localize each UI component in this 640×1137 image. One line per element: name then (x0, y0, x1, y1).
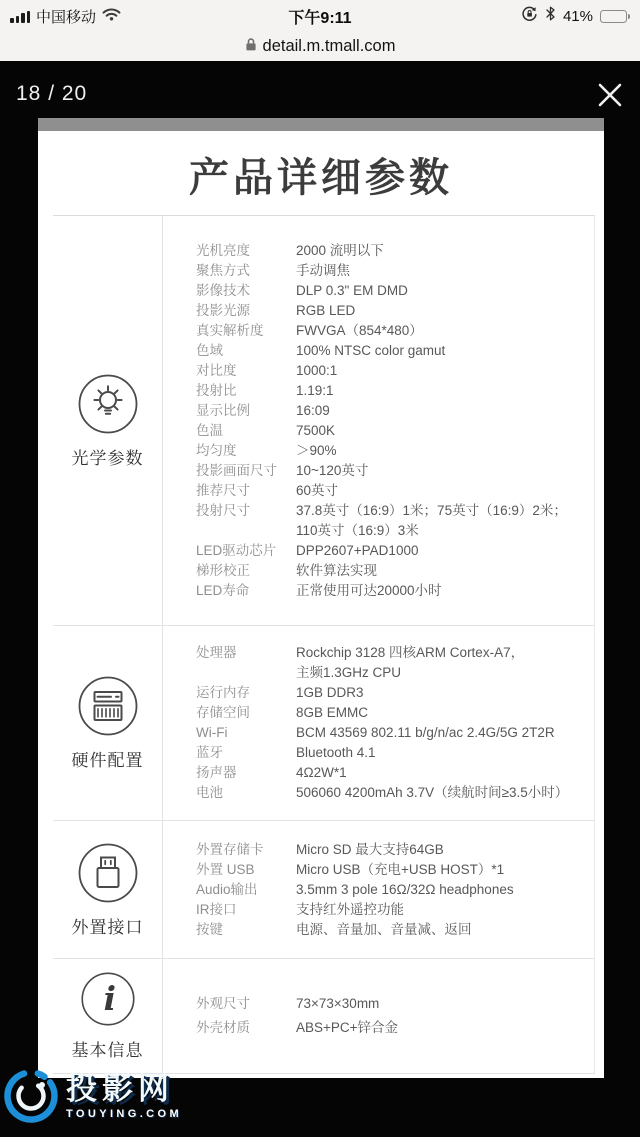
spec-value: 506060 4200mAh 3.7V（续航时间≥3.5小时） (296, 783, 578, 803)
status-bar: 中国移动 下午9:11 (0, 0, 640, 61)
page-title: 产品详细参数 (38, 149, 604, 207)
spec-card: 产品详细参数 光学参数 光机亮度2000 流明以下 聚焦方式手动调焦 影像技术D (38, 118, 604, 1078)
usb-icon (77, 842, 139, 904)
spec-label: Audio输出 (196, 880, 296, 900)
status-right-cluster: 41% (521, 6, 630, 27)
spec-row: 外观尺寸73×73×30mm (196, 992, 594, 1016)
spec-value: Micro USB（充电+USB HOST）*1 (296, 860, 514, 880)
spec-value: Rockchip 3128 四核ARM Cortex-A7， 主频1.3GHz … (296, 643, 534, 683)
status-bar-top-row: 中国移动 下午9:11 (0, 0, 640, 32)
spec-row: 色域100% NTSC color gamut (196, 341, 594, 361)
spec-row: 聚焦方式手动调焦 (196, 261, 594, 281)
watermark-text: 投影网 TOUYING.COM (66, 1073, 182, 1120)
section-optical: 光学参数 光机亮度2000 流明以下 聚焦方式手动调焦 影像技术DLP 0.3"… (53, 216, 594, 626)
spec-row: Audio输出3.5mm 3 pole 16Ω/32Ω headphones (196, 880, 594, 900)
spec-label: 外壳材质 (196, 1016, 296, 1040)
spec-value: Micro SD 最大支持64GB (296, 840, 454, 860)
loading-bar (38, 118, 604, 131)
spec-label: 运行内存 (196, 683, 296, 703)
spec-value: 8GB EMMC (296, 703, 378, 723)
spec-value: 16:09 (296, 401, 340, 421)
spec-table: 光学参数 光机亮度2000 流明以下 聚焦方式手动调焦 影像技术DLP 0.3"… (53, 215, 595, 1074)
spec-label: 处理器 (196, 643, 296, 683)
spec-value: 1GB DDR3 (296, 683, 374, 703)
spec-label: 梯形校正 (196, 561, 296, 581)
spec-row: 投射比1.19:1 (196, 381, 594, 401)
spec-label: 色域 (196, 341, 296, 361)
spec-label: 聚焦方式 (196, 261, 296, 281)
spec-row: 外置 USBMicro USB（充电+USB HOST）*1 (196, 860, 594, 880)
spec-label: 扬声器 (196, 763, 296, 783)
spec-row: 外置存储卡Micro SD 最大支持64GB (196, 840, 594, 860)
spec-row: 投射尺寸37.8英寸（16:9）1米；75英寸（16:9）2米； 110英寸（1… (196, 501, 594, 541)
watermark-name: 投影网 (66, 1073, 182, 1105)
spec-value: 手动调焦 (296, 261, 360, 281)
spec-label: 投射尺寸 (196, 501, 296, 541)
close-button[interactable] (596, 81, 624, 109)
spec-row: LED寿命正常使用可达20000小时 (196, 581, 594, 601)
url-bar[interactable]: detail.m.tmall.com (0, 32, 640, 61)
info-icon: i (80, 971, 136, 1027)
spec-value: Bluetooth 4.1 (296, 743, 386, 763)
section-basic: i 基本信息 外观尺寸73×73×30mm 外壳材质ABS+PC+锌合金 (53, 959, 594, 1074)
spec-value: 支持红外遥控功能 (296, 900, 414, 920)
section-ports-header: 外置接口 (53, 821, 163, 958)
spec-value: FWVGA（854*480） (296, 321, 433, 341)
url-text: detail.m.tmall.com (263, 37, 396, 56)
spec-row: 投影光源RGB LED (196, 301, 594, 321)
chip-icon (77, 675, 139, 737)
spec-row: 显示比例16:09 (196, 401, 594, 421)
spec-row: IR接口支持红外遥控功能 (196, 900, 594, 920)
spec-value: 37.8英寸（16:9）1米；75英寸（16:9）2米； 110英寸（16:9）… (296, 501, 577, 541)
spec-label: 均匀度 (196, 441, 296, 461)
lock-icon (245, 37, 257, 57)
spec-label: 外置存储卡 (196, 840, 296, 860)
watermark: 投影网 TOUYING.COM (3, 1068, 182, 1124)
spec-row: Wi-FiBCM 43569 802.11 b/g/n/ac 2.4G/5G 2… (196, 723, 594, 743)
spec-value: ABS+PC+锌合金 (296, 1016, 408, 1040)
spec-value: 3.5mm 3 pole 16Ω/32Ω headphones (296, 880, 524, 900)
spec-label: 真实解析度 (196, 321, 296, 341)
spec-value: 100% NTSC color gamut (296, 341, 455, 361)
spec-row: 梯形校正软件算法实现 (196, 561, 594, 581)
watermark-domain: TOUYING.COM (66, 1108, 182, 1120)
spec-value: 4Ω2W*1 (296, 763, 357, 783)
spec-label: 电池 (196, 783, 296, 803)
spec-row: 电池506060 4200mAh 3.7V（续航时间≥3.5小时） (196, 783, 594, 803)
spec-label: 影像技术 (196, 281, 296, 301)
close-icon (596, 81, 624, 109)
spec-label: 对比度 (196, 361, 296, 381)
spec-label: 按键 (196, 920, 296, 940)
spec-row: 运行内存1GB DDR3 (196, 683, 594, 703)
section-basic-header: i 基本信息 (53, 959, 163, 1073)
spec-row: 投影画面尺寸10~120英寸 (196, 461, 594, 481)
section-hardware-rows: 处理器Rockchip 3128 四核ARM Cortex-A7， 主频1.3G… (163, 626, 594, 820)
spec-label: 外置 USB (196, 860, 296, 880)
spec-row: 蓝牙Bluetooth 4.1 (196, 743, 594, 763)
spec-value: 1.19:1 (296, 381, 344, 401)
spec-row: 按键电源、音量加、音量减、返回 (196, 920, 594, 940)
svg-text:i: i (103, 979, 115, 1018)
spec-value: 正常使用可达20000小时 (296, 581, 452, 601)
section-label: 外置接口 (72, 913, 144, 938)
spec-row: 存储空间8GB EMMC (196, 703, 594, 723)
section-hardware: 硬件配置 处理器Rockchip 3128 四核ARM Cortex-A7， 主… (53, 626, 594, 821)
spec-label: 投射比 (196, 381, 296, 401)
spec-label: 光机亮度 (196, 241, 296, 261)
orientation-lock-icon (521, 6, 538, 27)
spec-label: 蓝牙 (196, 743, 296, 763)
spec-label: 推荐尺寸 (196, 481, 296, 501)
bulb-icon (77, 373, 139, 435)
spec-value: DPP2607+PAD1000 (296, 541, 428, 561)
section-label: 光学参数 (72, 444, 144, 469)
spec-label: 显示比例 (196, 401, 296, 421)
spec-row: 推荐尺寸60英寸 (196, 481, 594, 501)
spec-row: 光机亮度2000 流明以下 (196, 241, 594, 261)
spec-row: LED驱动芯片DPP2607+PAD1000 (196, 541, 594, 561)
spec-row: 色温7500K (196, 421, 594, 441)
section-optical-header: 光学参数 (53, 216, 163, 625)
spec-value: RGB LED (296, 301, 365, 321)
spec-value: 电源、音量加、音量减、返回 (296, 920, 482, 940)
image-pager: 18 / 20 (16, 82, 87, 106)
spec-value: BCM 43569 802.11 b/g/n/ac 2.4G/5G 2T2R (296, 723, 565, 743)
battery-icon (600, 10, 630, 23)
spec-label: LED驱动芯片 (196, 541, 296, 561)
spec-value: 1000:1 (296, 361, 347, 381)
spec-label: 投影光源 (196, 301, 296, 321)
section-label: 硬件配置 (72, 746, 144, 771)
section-hardware-header: 硬件配置 (53, 626, 163, 820)
spec-label: Wi-Fi (196, 723, 296, 743)
battery-percent: 41% (563, 8, 593, 25)
spec-value: 60英寸 (296, 481, 348, 501)
spec-value: DLP 0.3" EM DMD (296, 281, 418, 301)
spec-label: 色温 (196, 421, 296, 441)
spec-label: IR接口 (196, 900, 296, 920)
spec-value: 软件算法实现 (296, 561, 387, 581)
section-ports-rows: 外置存储卡Micro SD 最大支持64GB 外置 USBMicro USB（充… (163, 821, 594, 958)
spec-label: 存储空间 (196, 703, 296, 723)
spec-value: 2000 流明以下 (296, 241, 394, 261)
spec-value: 10~120英寸 (296, 461, 378, 481)
spec-value: ＞90% (296, 441, 347, 461)
spec-row: 对比度1000:1 (196, 361, 594, 381)
spec-row: 外壳材质ABS+PC+锌合金 (196, 1016, 594, 1040)
spec-row: 影像技术DLP 0.3" EM DMD (196, 281, 594, 301)
spec-row: 扬声器4Ω2W*1 (196, 763, 594, 783)
touying-logo-icon (3, 1068, 59, 1124)
spec-row: 真实解析度FWVGA（854*480） (196, 321, 594, 341)
section-ports: 外置接口 外置存储卡Micro SD 最大支持64GB 外置 USBMicro … (53, 821, 594, 959)
spec-value: 7500K (296, 421, 345, 441)
spec-value: 73×73×30mm (296, 992, 389, 1016)
spec-label: 外观尺寸 (196, 992, 296, 1016)
section-label: 基本信息 (72, 1036, 144, 1061)
section-optical-rows: 光机亮度2000 流明以下 聚焦方式手动调焦 影像技术DLP 0.3" EM D… (163, 216, 594, 625)
bluetooth-icon (545, 6, 556, 26)
spec-label: 投影画面尺寸 (196, 461, 296, 481)
section-basic-rows: 外观尺寸73×73×30mm 外壳材质ABS+PC+锌合金 (163, 959, 594, 1073)
spec-row: 均匀度＞90% (196, 441, 594, 461)
spec-label: LED寿命 (196, 581, 296, 601)
spec-row: 处理器Rockchip 3128 四核ARM Cortex-A7， 主频1.3G… (196, 643, 594, 683)
